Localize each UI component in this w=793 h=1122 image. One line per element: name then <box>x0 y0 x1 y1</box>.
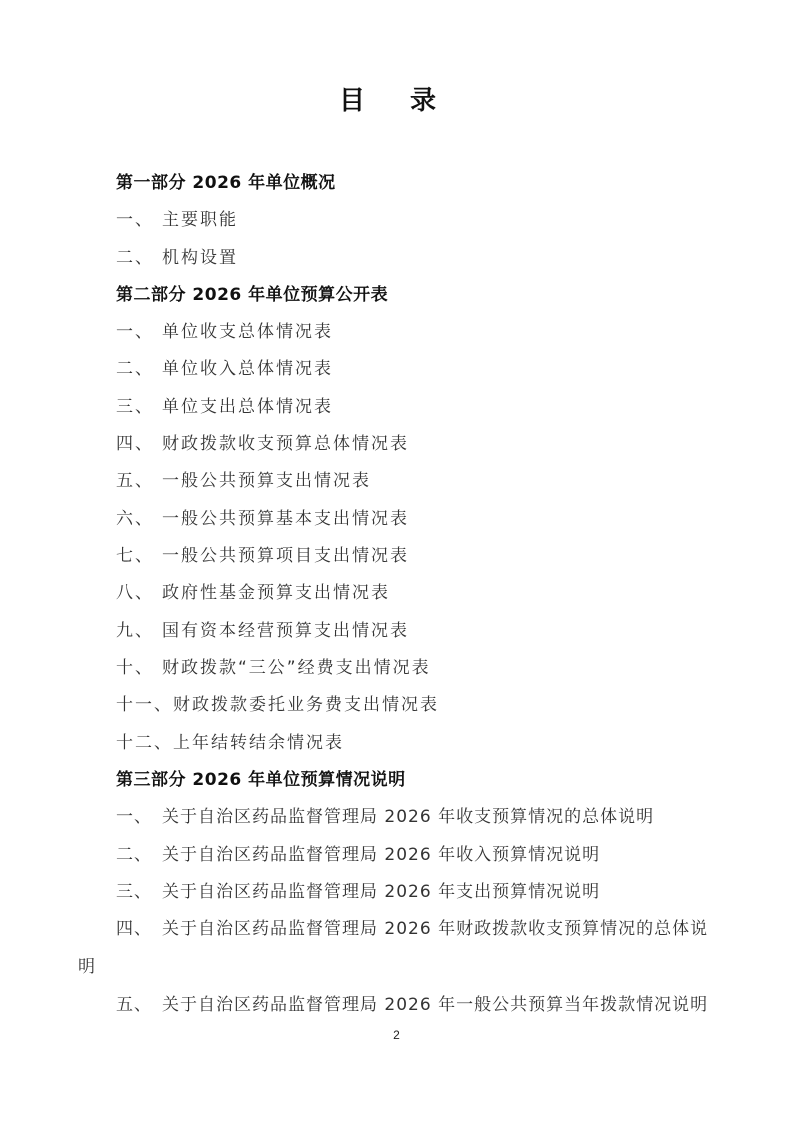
toc-item: 一、关于自治区药品监督管理局 2026 年收支预算情况的总体说明 <box>116 802 654 827</box>
toc-item-number: 六、 <box>116 504 162 529</box>
toc-item: 一、单位收支总体情况表 <box>116 317 333 342</box>
toc-item-label: 政府性基金预算支出情况表 <box>162 583 390 603</box>
toc-item-label: 关于自治区药品监督管理局 2026 年支出预算情况说明 <box>162 882 600 902</box>
toc-item-continuation: 明 <box>78 952 97 977</box>
toc-item-label: 机构设置 <box>162 248 238 268</box>
toc-item-number: 二、 <box>116 840 162 865</box>
toc-item: 三、单位支出总体情况表 <box>116 392 333 417</box>
toc-item-number: 三、 <box>116 877 162 902</box>
toc-part1-heading: 第一部分 2026 年单位概况 <box>116 168 336 193</box>
toc-item-label: 一般公共预算项目支出情况表 <box>162 546 409 566</box>
toc-item-label: 财政拨款收支预算总体情况表 <box>162 434 409 454</box>
toc-item-label: 关于自治区药品监督管理局 2026 年一般公共预算当年拨款情况说明 <box>162 995 708 1015</box>
toc-item-number: 十一、 <box>116 690 173 715</box>
toc-item-label: 单位支出总体情况表 <box>162 397 333 417</box>
toc-item-number: 一、 <box>116 317 162 342</box>
toc-item-number: 十二、 <box>116 728 173 753</box>
toc-item: 四、财政拨款收支预算总体情况表 <box>116 429 409 454</box>
toc-item-label: 财政拨款委托业务费支出情况表 <box>173 695 439 715</box>
toc-item-label: 上年结转结余情况表 <box>173 733 344 753</box>
toc-item-number: 一、 <box>116 802 162 827</box>
toc-item-label: 单位收支总体情况表 <box>162 322 333 342</box>
toc-item-number: 十、 <box>116 653 162 678</box>
toc-item: 一、主要职能 <box>116 205 238 230</box>
toc-title: 目 录 <box>0 80 793 117</box>
toc-item-number: 二、 <box>116 354 162 379</box>
toc-item: 三、关于自治区药品监督管理局 2026 年支出预算情况说明 <box>116 877 600 902</box>
toc-item-number: 三、 <box>116 392 162 417</box>
toc-item: 十、财政拨款“三公”经费支出情况表 <box>116 653 431 678</box>
toc-part2-heading: 第二部分 2026 年单位预算公开表 <box>116 280 388 305</box>
toc-item-number: 一、 <box>116 205 162 230</box>
toc-item: 五、关于自治区药品监督管理局 2026 年一般公共预算当年拨款情况说明 <box>116 990 708 1015</box>
toc-item-label: 关于自治区药品监督管理局 2026 年收入预算情况说明 <box>162 845 600 865</box>
toc-item: 六、一般公共预算基本支出情况表 <box>116 504 409 529</box>
toc-item: 七、一般公共预算项目支出情况表 <box>116 541 409 566</box>
toc-item: 八、政府性基金预算支出情况表 <box>116 578 390 603</box>
toc-item-number: 五、 <box>116 466 162 491</box>
toc-item-label: 关于自治区药品监督管理局 2026 年财政拨款收支预算情况的总体说 <box>162 919 708 939</box>
toc-item: 二、关于自治区药品监督管理局 2026 年收入预算情况说明 <box>116 840 600 865</box>
toc-item: 五、一般公共预算支出情况表 <box>116 466 371 491</box>
toc-item-label: 财政拨款“三公”经费支出情况表 <box>162 658 431 678</box>
toc-item-label: 关于自治区药品监督管理局 2026 年收支预算情况的总体说明 <box>162 807 654 827</box>
toc-part3-heading: 第三部分 2026 年单位预算情况说明 <box>116 765 406 790</box>
toc-item-label: 国有资本经营预算支出情况表 <box>162 621 409 641</box>
toc-item-number: 四、 <box>116 429 162 454</box>
toc-item-label: 一般公共预算基本支出情况表 <box>162 509 409 529</box>
toc-item-number: 四、 <box>116 914 162 939</box>
toc-item-number: 七、 <box>116 541 162 566</box>
page-number: 2 <box>0 1028 793 1042</box>
toc-item-number: 五、 <box>116 990 162 1015</box>
toc-item: 十二、上年结转结余情况表 <box>116 728 344 753</box>
toc-item: 二、机构设置 <box>116 243 238 268</box>
toc-item-number: 九、 <box>116 616 162 641</box>
toc-item-label: 一般公共预算支出情况表 <box>162 471 371 491</box>
toc-item-label: 单位收入总体情况表 <box>162 359 333 379</box>
toc-item: 四、关于自治区药品监督管理局 2026 年财政拨款收支预算情况的总体说 <box>116 914 708 939</box>
toc-item: 二、单位收入总体情况表 <box>116 354 333 379</box>
toc-item-label: 主要职能 <box>162 210 238 230</box>
toc-item: 九、国有资本经营预算支出情况表 <box>116 616 409 641</box>
toc-item-number: 二、 <box>116 243 162 268</box>
toc-item: 十一、财政拨款委托业务费支出情况表 <box>116 690 439 715</box>
toc-item-number: 八、 <box>116 578 162 603</box>
